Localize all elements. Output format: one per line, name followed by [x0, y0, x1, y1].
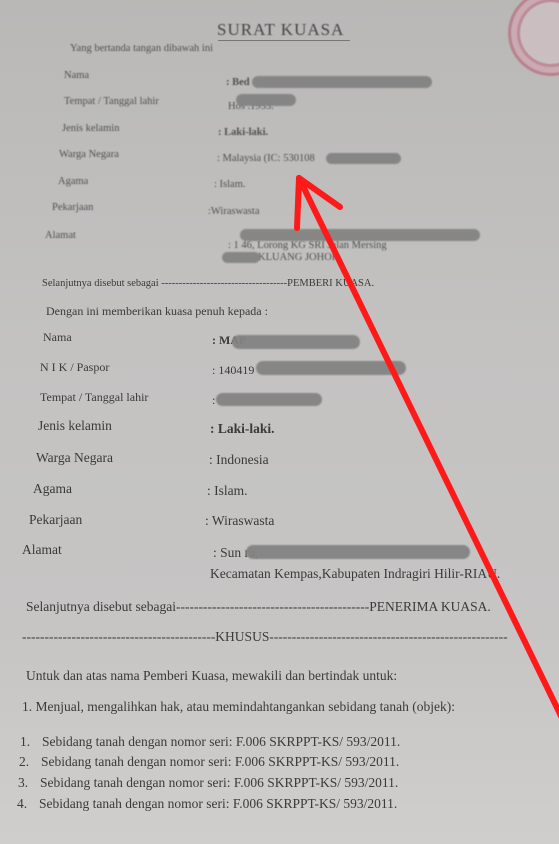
- grantor-label-alamat: Alamat: [45, 230, 76, 241]
- grantor-label-jk: Jenis kelamin: [62, 123, 119, 134]
- grantee-value-jk: : Laki-laki.: [210, 421, 275, 437]
- grantee-label-ttl: Tempat / Tanggal lahir: [40, 390, 148, 405]
- grantee-value-pekerjaan: : Wiraswasta: [205, 513, 274, 529]
- title-underline: [218, 40, 350, 41]
- official-stamp: [508, 0, 559, 76]
- grantor-value-agama: : Islam.: [214, 179, 246, 190]
- parcel-number: 1.: [20, 734, 30, 750]
- grantee-label-wn: Warga Negara: [36, 450, 113, 466]
- redaction-mark: [222, 252, 260, 263]
- parcel-item: Sebidang tanah dengan nomor seri: F.006 …: [41, 754, 399, 770]
- grantor-label-ttl: Tempat / Tanggal lahir: [64, 96, 159, 107]
- grantor-value-wn: : Malaysia (IC: 530108: [217, 153, 315, 164]
- grantee-value-wn: : Indonesia: [209, 452, 269, 468]
- purpose-text: Untuk dan atas nama Pemberi Kuasa, mewak…: [26, 668, 397, 684]
- grantee-label-jk: Jenis kelamin: [38, 418, 112, 434]
- redaction-mark: [252, 76, 432, 88]
- redaction-mark: [232, 335, 360, 349]
- document-title: SURAT KUASA: [217, 20, 344, 40]
- grantor-label-pekerjaan: Pekarjaan: [52, 202, 93, 213]
- grantee-label-nama: Nama: [43, 330, 72, 345]
- redaction-mark: [216, 393, 322, 406]
- grantor-value-pekerjaan: :Wiraswasta: [208, 206, 259, 217]
- grantee-value-nik: : 140419: [212, 363, 254, 378]
- grantor-label-wn: Warga Negara: [59, 149, 119, 160]
- grantee-label-nik: N I K / Paspor: [40, 360, 109, 375]
- grantor-value-jk: : Laki-laki.: [218, 127, 268, 138]
- grantee-label-alamat: Alamat: [22, 542, 62, 558]
- parcel-number: 4.: [17, 796, 27, 812]
- clause-1: 1. Menjual, mengalihkan hak, atau memind…: [22, 699, 455, 715]
- grantee-value-ttl: :: [212, 393, 215, 408]
- grantor-role-line: Selanjutnya disebut sebagai ------------…: [42, 278, 374, 289]
- redaction-mark: [236, 94, 296, 106]
- grantor-value-alamat: : 1 46, Lorong KG SRI Jalan Mersing: [228, 240, 387, 251]
- transfer-intro: Dengan ini memberikan kuasa penuh kepada…: [46, 304, 268, 319]
- grantee-value-agama: : Islam.: [207, 483, 248, 499]
- redaction-mark: [246, 545, 470, 559]
- grantee-address-line2: Kecamatan Kempas,Kabupaten Indragiri Hil…: [210, 566, 500, 582]
- parcel-item: Sebidang tanah dengan nomor seri: F.006 …: [39, 796, 397, 812]
- grantee-role-line: Selanjutnya disebut sebagai-------------…: [26, 599, 491, 615]
- document-page: SURAT KUASA Yang bertanda tangan dibawah…: [0, 0, 559, 844]
- grantor-address-line2: KLUANG JOHOR.: [258, 252, 341, 263]
- grantor-label-agama: Agama: [58, 176, 88, 187]
- grantee-label-agama: Agama: [33, 481, 72, 497]
- redaction-mark: [240, 229, 480, 241]
- parcel-item: Sebidang tanah dengan nomor seri: F.006 …: [42, 734, 400, 750]
- grantee-label-pekerjaan: Pekarjaan: [29, 512, 82, 528]
- special-power-line: ----------------------------------------…: [22, 629, 508, 645]
- grantor-label-nama: Nama: [64, 70, 89, 81]
- parcel-number: 2.: [19, 754, 29, 770]
- grantor-value-nama: : Bed: [226, 77, 250, 88]
- intro-text: Yang bertanda tangan dibawah ini: [70, 43, 213, 54]
- parcel-number: 3.: [18, 775, 28, 791]
- redaction-mark: [326, 153, 401, 164]
- parcel-item: Sebidang tanah dengan nomor seri: F.006 …: [40, 775, 398, 791]
- redaction-mark: [256, 361, 406, 375]
